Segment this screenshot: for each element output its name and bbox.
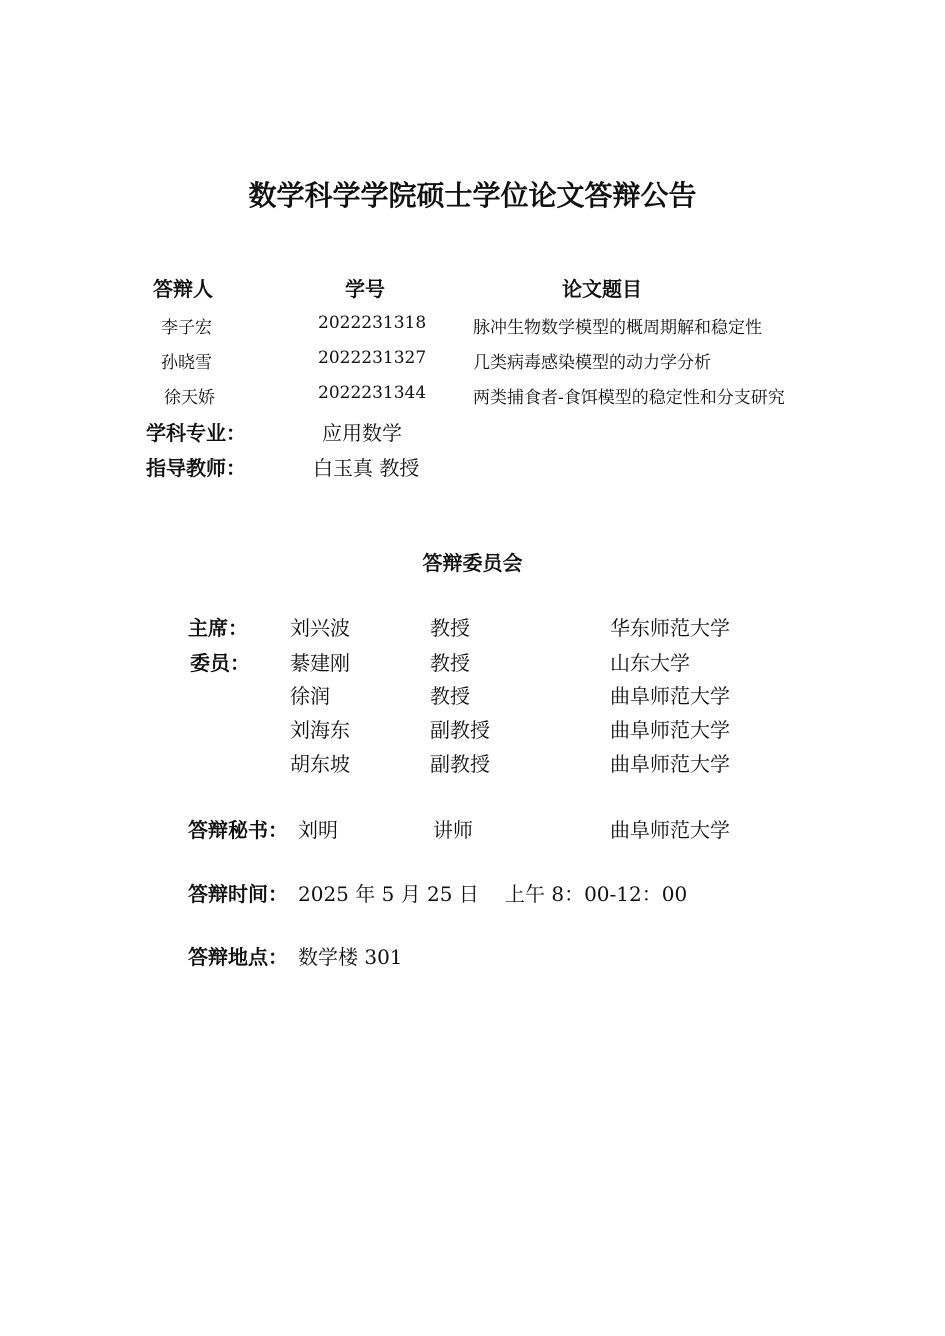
student-id: 2022231344 [318,383,426,403]
student-id: 2022231318 [318,313,426,333]
major-label: 学科专业： [146,417,246,446]
secretary-affiliation: 曲阜师范大学 [610,814,730,843]
thesis-title: 脉冲生物数学模型的概周期解和稳定性 [473,313,762,338]
header-defender: 答辩人 [153,273,213,302]
thesis-title: 两类捕食者-食饵模型的稳定性和分支研究 [473,383,785,408]
advisor-value: 白玉真 教授 [313,452,419,481]
header-thesis-title: 论文题目 [562,273,642,302]
secretary-title: 讲师 [433,814,473,843]
committee-title: 答辩委员会 [0,547,945,576]
member-name: 胡东坡 [290,748,350,777]
member-title: 副教授 [430,748,490,777]
page-title: 数学科学学院硕士学位论文答辩公告 [0,174,945,214]
student-name: 李子宏 [161,313,212,338]
student-name: 孙晓雪 [161,348,212,373]
member-affiliation: 曲阜师范大学 [610,680,730,709]
member-affiliation: 曲阜师范大学 [610,714,730,743]
member-name: 徐润 [290,680,330,709]
member-title: 教授 [430,612,470,641]
member-name: 綦建刚 [290,647,350,676]
member-name: 刘兴波 [290,612,350,641]
member-title: 副教授 [430,714,490,743]
chair-label: 主席： [188,612,248,641]
member-affiliation: 山东大学 [610,647,690,676]
student-name: 徐天娇 [164,383,215,408]
location-label: 答辩地点： [188,941,288,970]
member-title: 教授 [430,647,470,676]
header-student-id: 学号 [345,273,385,302]
members-label: 委员： [190,647,250,676]
thesis-title: 几类病毒感染模型的动力学分析 [473,348,711,373]
member-name: 刘海东 [290,714,350,743]
major-value: 应用数学 [322,417,402,446]
defense-date: 2025 年 5 月 25 日 [298,878,479,907]
defense-hours: 上午 8：00-12：00 [505,878,687,907]
member-affiliation: 华东师范大学 [610,612,730,641]
secretary-name: 刘明 [298,814,338,843]
time-label: 答辩时间： [188,878,288,907]
advisor-label: 指导教师： [146,452,246,481]
member-title: 教授 [430,680,470,709]
member-affiliation: 曲阜师范大学 [610,748,730,777]
secretary-label: 答辩秘书： [188,814,288,843]
location-value: 数学楼 301 [298,941,403,970]
student-id: 2022231327 [318,348,426,368]
